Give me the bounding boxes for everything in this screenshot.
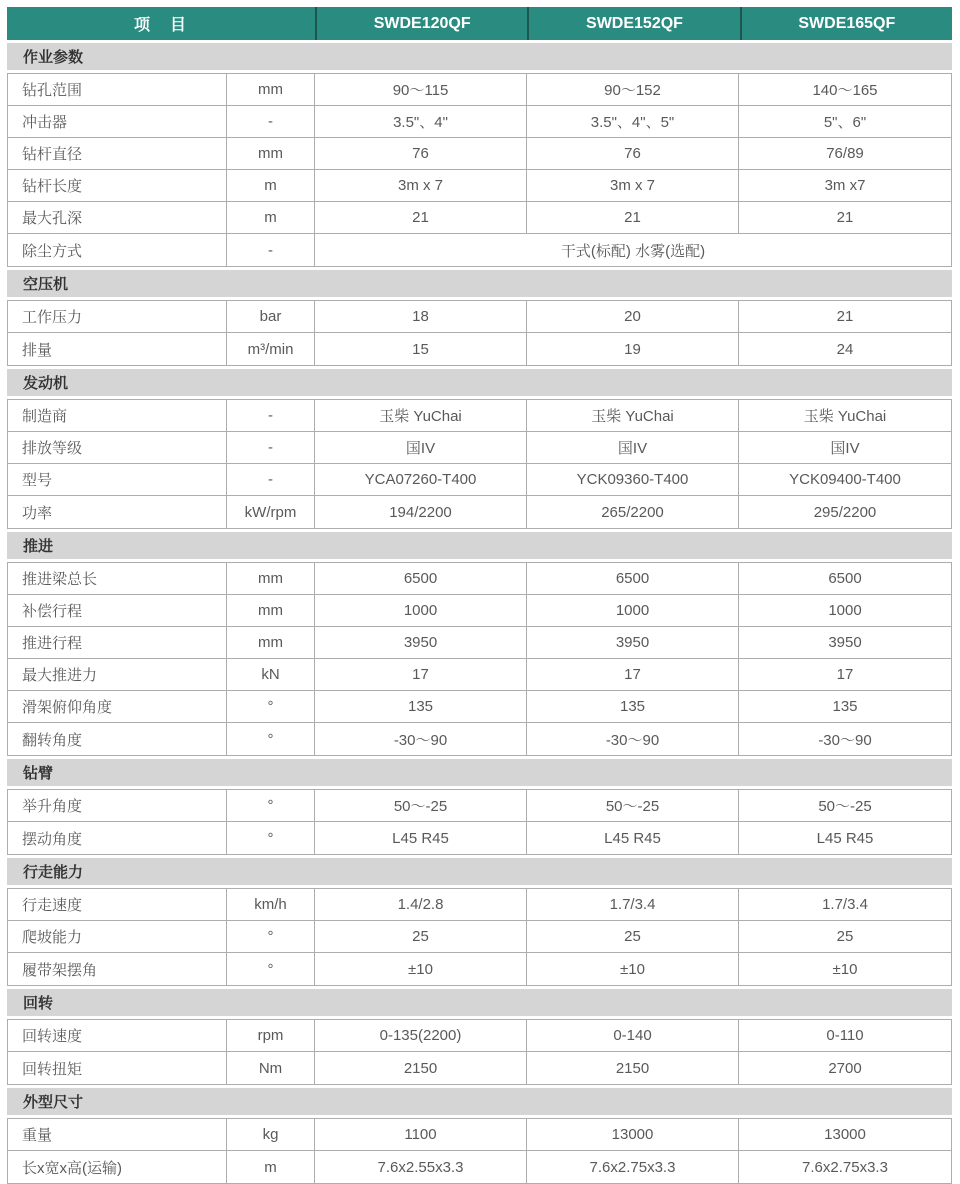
row-value: YCK09360-T400 [527,464,739,495]
table-row: 排放等级-国IV国IV国IV [8,432,951,464]
row-unit: kW/rpm [227,496,315,528]
row-label: 补偿行程 [8,595,227,626]
row-value: YCA07260-T400 [315,464,527,495]
row-label: 除尘方式 [8,234,227,266]
row-label: 钻杆长度 [8,170,227,201]
table-row: 补偿行程mm100010001000 [8,595,951,627]
row-unit: mm [227,138,315,169]
table-row: 钻杆长度m3m x 73m x 73m x7 [8,170,951,202]
row-label: 行走速度 [8,889,227,920]
table-row: 推进行程mm395039503950 [8,627,951,659]
section-row: 外型尺寸 [7,1085,952,1118]
row-value: 1000 [315,595,527,626]
row-label: 钻杆直径 [8,138,227,169]
row-unit: ° [227,953,315,985]
row-value: 2150 [315,1052,527,1084]
row-value: 25 [315,921,527,952]
table-row: 摆动角度°L45 R45L45 R45L45 R45 [8,822,951,854]
table-row: 型号-YCA07260-T400YCK09360-T400YCK09400-T4… [8,464,951,496]
row-label: 钻孔范围 [8,74,227,105]
row-unit: mm [227,74,315,105]
row-label: 举升角度 [8,790,227,821]
row-value: 194/2200 [315,496,527,528]
row-value: 21 [739,301,951,332]
row-value: 50～-25 [527,790,739,821]
row-value: 3m x 7 [315,170,527,201]
header-item-label: 项 目 [7,7,315,40]
row-value: 135 [527,691,739,722]
row-value: 21 [739,202,951,233]
row-value: 24 [739,333,951,365]
row-unit: kg [227,1119,315,1150]
section-title: 推进 [7,532,952,559]
row-value: 17 [315,659,527,690]
row-unit: ° [227,790,315,821]
table-row: 除尘方式-干式(标配) 水雾(选配) [8,234,951,266]
row-value: 3950 [315,627,527,658]
table-row: 爬坡能力°252525 [8,921,951,953]
row-label: 制造商 [8,400,227,431]
row-value: 1.4/2.8 [315,889,527,920]
row-unit: mm [227,627,315,658]
row-label: 功率 [8,496,227,528]
row-label: 爬坡能力 [8,921,227,952]
row-unit: - [227,234,315,266]
row-unit: - [227,400,315,431]
table-row: 翻转角度°-30～90-30～90-30～90 [8,723,951,755]
row-value: 25 [527,921,739,952]
row-label: 回转扭矩 [8,1052,227,1084]
row-group: 推进梁总长mm650065006500补偿行程mm100010001000推进行… [7,562,952,756]
row-label: 型号 [8,464,227,495]
section-row: 空压机 [7,267,952,300]
row-value: 1000 [739,595,951,626]
row-label: 最大推进力 [8,659,227,690]
table-row: 冲击器-3.5"、4"3.5"、4"、5"5"、6" [8,106,951,138]
row-value: 玉柴 YuChai [739,400,951,431]
row-label: 履带架摆角 [8,953,227,985]
row-unit: km/h [227,889,315,920]
row-value: 50～-25 [315,790,527,821]
section-title: 回转 [7,989,952,1016]
row-value: 76 [527,138,739,169]
row-value: 18 [315,301,527,332]
table-row: 推进梁总长mm650065006500 [8,563,951,595]
section-row: 发动机 [7,366,952,399]
row-value: 90～115 [315,74,527,105]
row-label: 滑架俯仰角度 [8,691,227,722]
row-value: -30～90 [739,723,951,755]
row-value: L45 R45 [739,822,951,854]
row-value: 17 [527,659,739,690]
section-title: 行走能力 [7,858,952,885]
row-unit: ° [227,921,315,952]
row-value: 265/2200 [527,496,739,528]
row-value: 0-140 [527,1020,739,1051]
row-unit: ° [227,822,315,854]
row-value: 玉柴 YuChai [527,400,739,431]
row-value: 3.5"、4"、5" [527,106,739,137]
section-row: 行走能力 [7,855,952,888]
row-label: 冲击器 [8,106,227,137]
row-value: 3950 [527,627,739,658]
header-model-swde165qf: SWDE165QF [740,7,952,40]
table-row: 举升角度°50～-2550～-2550～-25 [8,790,951,822]
row-group: 重量kg11001300013000长x宽x高(运输)m7.6x2.55x3.3… [7,1118,952,1184]
row-value: 玉柴 YuChai [315,400,527,431]
row-unit: ° [227,723,315,755]
header-model-swde120qf: SWDE120QF [315,7,527,40]
row-value: 13000 [739,1119,951,1150]
table-row: 工作压力bar182021 [8,301,951,333]
row-unit: m [227,1151,315,1183]
row-unit: - [227,106,315,137]
row-value: 1.7/3.4 [739,889,951,920]
section-title: 发动机 [7,369,952,396]
row-label: 摆动角度 [8,822,227,854]
table-row: 钻孔范围mm90～11590～152140～165 [8,74,951,106]
spec-table-header: 项 目 SWDE120QF SWDE152QF SWDE165QF [7,7,952,40]
table-row: 最大孔深m212121 [8,202,951,234]
row-value: 135 [315,691,527,722]
row-label: 推进行程 [8,627,227,658]
row-group: 回转速度rpm0-135(2200)0-1400-110回转扭矩Nm215021… [7,1019,952,1085]
row-label: 工作压力 [8,301,227,332]
row-value: -30～90 [315,723,527,755]
row-value: 19 [527,333,739,365]
row-value: 21 [527,202,739,233]
row-value: -30～90 [527,723,739,755]
row-label: 排量 [8,333,227,365]
row-value: 13000 [527,1119,739,1150]
row-value: 76/89 [739,138,951,169]
table-row: 滑架俯仰角度°135135135 [8,691,951,723]
row-value: 25 [739,921,951,952]
row-value: 3m x7 [739,170,951,201]
row-unit: mm [227,595,315,626]
row-value: 2700 [739,1052,951,1084]
row-unit: rpm [227,1020,315,1051]
section-title: 作业参数 [7,43,952,70]
section-row: 作业参数 [7,40,952,73]
row-unit: - [227,464,315,495]
row-unit: mm [227,563,315,594]
section-row: 推进 [7,529,952,562]
row-value: L45 R45 [315,822,527,854]
table-row: 重量kg11001300013000 [8,1119,951,1151]
row-label: 排放等级 [8,432,227,463]
spec-table-body: 作业参数钻孔范围mm90～11590～152140～165冲击器-3.5"、4"… [7,40,952,1184]
row-value: 7.6x2.75x3.3 [527,1151,739,1183]
table-row: 最大推进力kN171717 [8,659,951,691]
row-value: 3950 [739,627,951,658]
row-value: 90～152 [527,74,739,105]
row-value: 2150 [527,1052,739,1084]
row-value-merged: 干式(标配) 水雾(选配) [315,234,951,266]
row-value: 1.7/3.4 [527,889,739,920]
row-unit: - [227,432,315,463]
spec-sheet: 项 目 SWDE120QF SWDE152QF SWDE165QF 作业参数钻孔… [0,0,960,1182]
row-value: 7.6x2.55x3.3 [315,1151,527,1183]
row-unit: ° [227,691,315,722]
row-group: 钻孔范围mm90～11590～152140～165冲击器-3.5"、4"3.5"… [7,73,952,267]
row-label: 长x宽x高(运输) [8,1151,227,1183]
row-unit: m³/min [227,333,315,365]
row-group: 行走速度km/h1.4/2.81.7/3.41.7/3.4爬坡能力°252525… [7,888,952,986]
row-unit: kN [227,659,315,690]
table-row: 钻杆直径mm767676/89 [8,138,951,170]
row-value: 295/2200 [739,496,951,528]
row-value: 0-135(2200) [315,1020,527,1051]
row-value: 0-110 [739,1020,951,1051]
row-group: 制造商-玉柴 YuChai玉柴 YuChai玉柴 YuChai排放等级-国IV国… [7,399,952,529]
table-row: 履带架摆角°±10±10±10 [8,953,951,985]
row-value: 21 [315,202,527,233]
row-value: ±10 [739,953,951,985]
row-group: 举升角度°50～-2550～-2550～-25摆动角度°L45 R45L45 R… [7,789,952,855]
spec-table: 项 目 SWDE120QF SWDE152QF SWDE165QF 作业参数钻孔… [7,7,952,1184]
row-value: 140～165 [739,74,951,105]
section-title: 外型尺寸 [7,1088,952,1115]
table-row: 排量m³/min151924 [8,333,951,365]
section-title: 钻臂 [7,759,952,786]
row-value: 6500 [527,563,739,594]
section-title: 空压机 [7,270,952,297]
row-value: 3.5"、4" [315,106,527,137]
row-value: 6500 [739,563,951,594]
row-value: 135 [739,691,951,722]
row-value: 7.6x2.75x3.3 [739,1151,951,1183]
row-value: 15 [315,333,527,365]
row-value: 6500 [315,563,527,594]
row-value: 20 [527,301,739,332]
row-label: 翻转角度 [8,723,227,755]
row-value: 76 [315,138,527,169]
row-value: 1100 [315,1119,527,1150]
section-row: 回转 [7,986,952,1019]
row-group: 工作压力bar182021排量m³/min151924 [7,300,952,366]
row-value: 国IV [739,432,951,463]
row-label: 推进梁总长 [8,563,227,594]
row-value: 1000 [527,595,739,626]
table-row: 行走速度km/h1.4/2.81.7/3.41.7/3.4 [8,889,951,921]
row-label: 重量 [8,1119,227,1150]
header-model-swde152qf: SWDE152QF [527,7,739,40]
table-row: 长x宽x高(运输)m7.6x2.55x3.37.6x2.75x3.37.6x2.… [8,1151,951,1183]
row-value: 3m x 7 [527,170,739,201]
row-value: YCK09400-T400 [739,464,951,495]
row-value: 国IV [527,432,739,463]
row-value: L45 R45 [527,822,739,854]
row-value: 17 [739,659,951,690]
section-row: 钻臂 [7,756,952,789]
row-value: ±10 [315,953,527,985]
row-unit: Nm [227,1052,315,1084]
row-value: 国IV [315,432,527,463]
row-unit: m [227,202,315,233]
row-value: ±10 [527,953,739,985]
table-row: 回转速度rpm0-135(2200)0-1400-110 [8,1020,951,1052]
table-row: 功率kW/rpm194/2200265/2200295/2200 [8,496,951,528]
row-label: 回转速度 [8,1020,227,1051]
row-value: 5"、6" [739,106,951,137]
table-row: 制造商-玉柴 YuChai玉柴 YuChai玉柴 YuChai [8,400,951,432]
row-unit: bar [227,301,315,332]
row-label: 最大孔深 [8,202,227,233]
row-value: 50～-25 [739,790,951,821]
row-unit: m [227,170,315,201]
table-row: 回转扭矩Nm215021502700 [8,1052,951,1084]
